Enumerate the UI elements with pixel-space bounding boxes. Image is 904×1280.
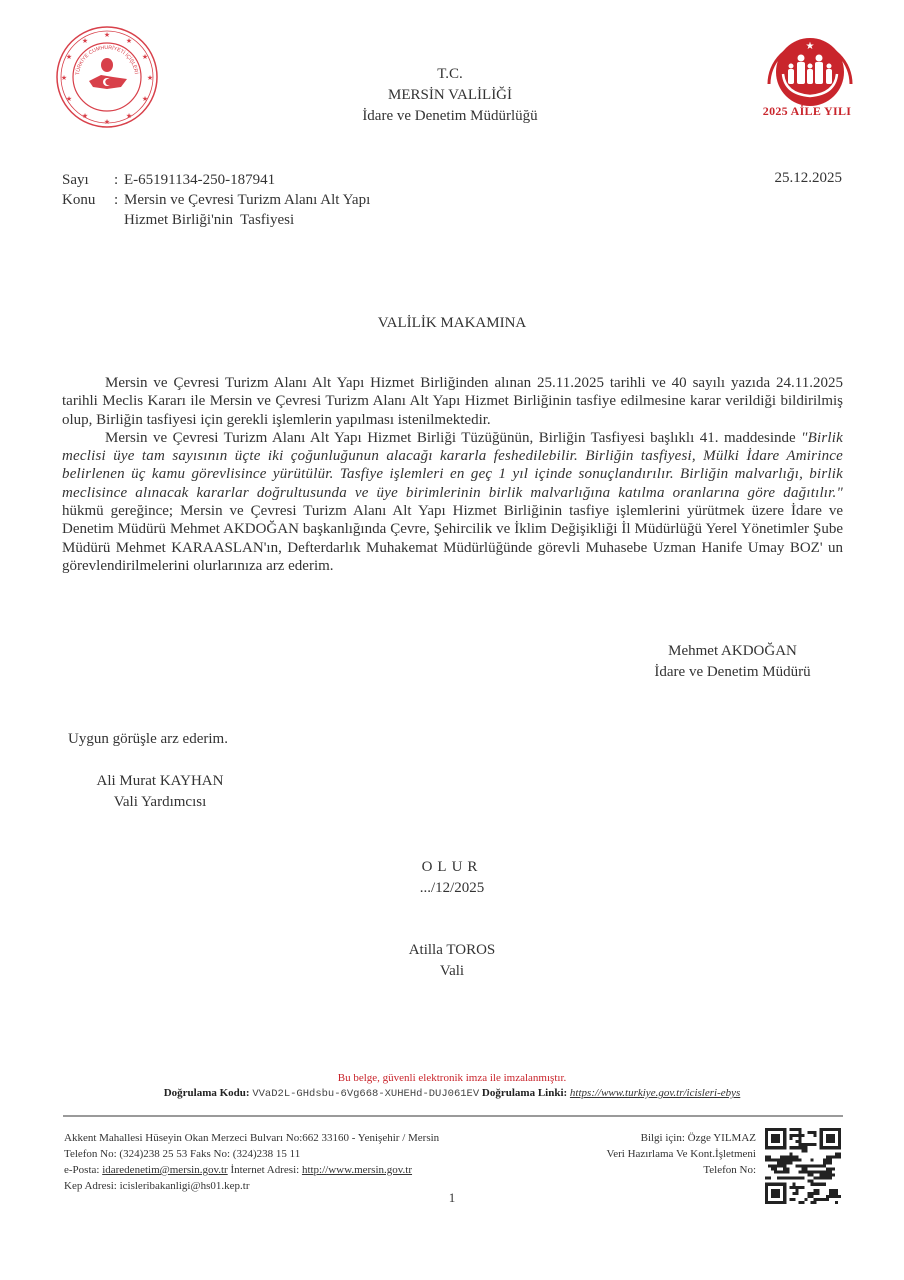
konu-label: Konu: [62, 190, 114, 210]
svg-text:★: ★: [147, 74, 153, 82]
info-contact-person: Bilgi için: Özge YILMAZ: [607, 1130, 756, 1146]
letterhead-tc: T.C.: [300, 64, 600, 85]
svg-text:★: ★: [82, 37, 88, 45]
svg-text:★: ★: [104, 118, 110, 126]
addressee: VALİLİK MAKAMINA: [0, 315, 904, 332]
signatory-name: Mehmet AKDOĞAN: [610, 641, 855, 662]
address: Akkent Mahallesi Hüseyin Okan Merzeci Bu…: [64, 1130, 439, 1146]
olur-block: OLUR .../12/2025: [0, 857, 904, 899]
signatory-name: Ali Murat KAYHAN: [70, 771, 250, 792]
body-paragraph-1: Mersin ve Çevresi Turizm Alanı Alt Yapı …: [62, 374, 843, 429]
signatory-title: Vali Yardımcısı: [70, 792, 250, 813]
ministry-seal-logo: ★ ★ ★ ★ ★ ★ ★ ★ ★ ★ ★ ★ TÜRKİYE CUMHURİY…: [55, 25, 159, 129]
svg-text:★: ★: [104, 31, 110, 39]
letterhead: T.C. MERSİN VALİLİĞİ İdare ve Denetim Mü…: [300, 64, 600, 127]
konu-value-line1: Mersin ve Çevresi Turizm Alanı Alt Yapı: [124, 190, 370, 210]
info-contact-role: Veri Hazırlama Ve Kont.İşletmeni: [607, 1146, 756, 1162]
page-number: 1: [0, 1190, 904, 1206]
konu-value-line2: Hizmet Birliği'nin Tasfiyesi: [124, 210, 294, 230]
verification-link[interactable]: https://www.turkiye.gov.tr/icisleri-ebys: [570, 1087, 740, 1099]
verification-line: Doğrulama Kodu: VVaD2L-GHdsbu-6Vg668-XUH…: [0, 1087, 904, 1100]
signatory-title: Vali: [0, 961, 904, 982]
svg-text:★: ★: [126, 37, 132, 45]
olur-label: OLUR: [0, 857, 904, 878]
svg-text:★: ★: [126, 112, 132, 120]
sayi-value: E-65191134-250-187941: [124, 170, 275, 190]
letter-body: Mersin ve Çevresi Turizm Alanı Alt Yapı …: [62, 374, 843, 575]
contact-address-block: Akkent Mahallesi Hüseyin Okan Merzeci Bu…: [64, 1130, 439, 1194]
approval-note: Uygun görüşle arz ederim.: [68, 731, 228, 748]
document-date: 25.12.2025: [775, 170, 843, 187]
svg-text:★: ★: [142, 95, 148, 103]
body-paragraph-2: Mersin ve Çevresi Turizm Alanı Alt Yapı …: [62, 429, 843, 575]
letterhead-governorship: MERSİN VALİLİĞİ: [300, 85, 600, 106]
website-link[interactable]: http://www.mersin.gov.tr: [302, 1164, 412, 1176]
svg-text:★: ★: [806, 41, 815, 52]
svg-text:TÜRKİYE CUMHURİYETİ İÇİŞLERİ B: TÜRKİYE CUMHURİYETİ İÇİŞLERİ BAKANLIĞI: [55, 25, 140, 76]
sayi-label: Sayı: [62, 170, 114, 190]
svg-text:★: ★: [82, 112, 88, 120]
signatory-deputy-governor: Ali Murat KAYHAN Vali Yardımcısı: [70, 771, 250, 813]
footer-divider: [63, 1115, 843, 1117]
signatory-governor: Atilla TOROS Vali: [0, 940, 904, 982]
phone-fax: Telefon No: (324)238 25 53 Faks No: (324…: [64, 1146, 439, 1162]
esignature-note: Bu belge, güvenli elektronik imza ile im…: [0, 1072, 904, 1084]
verification-code: VVaD2L-GHdsbu-6Vg668-XUHEHd-DUJ061EV: [252, 1088, 479, 1100]
signatory-title: İdare ve Denetim Müdürü: [610, 662, 855, 683]
svg-text:★: ★: [142, 53, 148, 61]
info-contact-phone: Telefon No:: [607, 1162, 756, 1178]
aile-yili-text: 2025 AİLE YILI: [742, 104, 872, 119]
svg-text:★: ★: [61, 74, 67, 82]
document-meta: Sayı : E-65191134-250-187941 Konu : Mers…: [62, 170, 370, 230]
letterhead-department: İdare ve Denetim Müdürlüğü: [300, 106, 600, 127]
svg-text:★: ★: [66, 53, 72, 61]
svg-text:★: ★: [66, 95, 72, 103]
contact-info-block: Bilgi için: Özge YILMAZ Veri Hazırlama V…: [607, 1130, 756, 1178]
email-link[interactable]: idaredenetim@mersin.gov.tr: [102, 1164, 228, 1176]
signatory-name: Atilla TOROS: [0, 940, 904, 961]
signatory-director: Mehmet AKDOĞAN İdare ve Denetim Müdürü: [610, 641, 855, 683]
olur-date: .../12/2025: [0, 878, 904, 899]
